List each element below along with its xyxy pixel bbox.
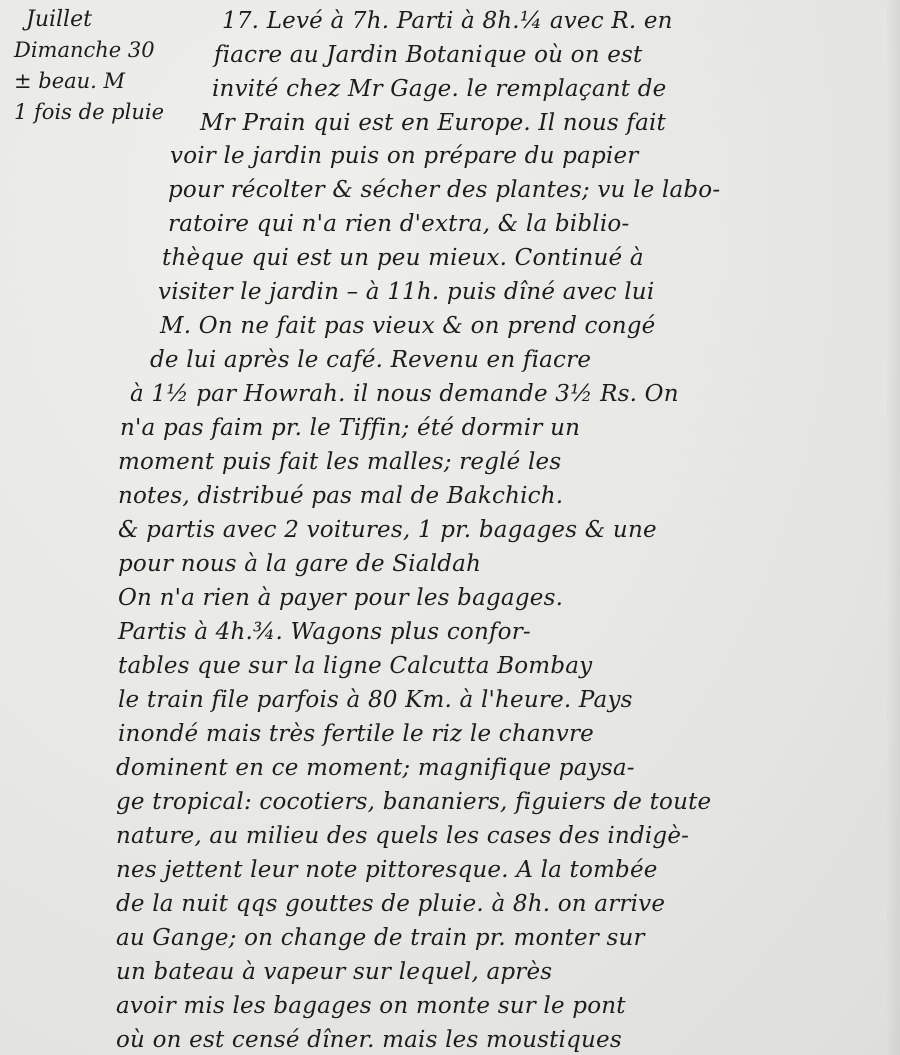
text-line: moment puis fait les malles; reglé les (118, 449, 561, 475)
text-line: & partis avec 2 voitures, 1 pr. bagages … (118, 517, 657, 543)
text-line: invité chez Mr Gage. le remplaçant de (212, 76, 667, 102)
text-line: 17. Levé à 7h. Parti à 8h.¼ avec R. en (222, 8, 673, 34)
text-line: de lui après le café. Revenu en fiacre (150, 347, 591, 373)
text-line: pour nous à la gare de Sialdah (118, 551, 481, 577)
text-line: visiter le jardin – à 11h. puis dîné ave… (158, 279, 654, 305)
text-line: de la nuit qqs gouttes de pluie. à 8h. o… (116, 891, 665, 917)
text-line: ratoire qui n'a rien d'extra, & la bibli… (168, 211, 629, 237)
text-line: thèque qui est un peu mieux. Continué à (162, 245, 644, 271)
margin-month: Juillet (14, 4, 214, 35)
text-line: fiacre au Jardin Botanique où on est (214, 42, 642, 68)
text-line: On n'a rien à payer pour les bagages. (118, 585, 563, 611)
text-line: nes jettent leur note pittoresque. A la … (116, 857, 658, 883)
text-line: notes, distribué pas mal de Bakchich. (118, 483, 563, 509)
margin-weather: ± beau. M (14, 66, 214, 97)
text-line: tables que sur la ligne Calcutta Bombay (118, 653, 592, 679)
text-line: avoir mis les bagages on monte sur le po… (116, 993, 626, 1019)
text-line: pour récolter & sécher des plantes; vu l… (168, 177, 720, 203)
text-line: le train file parfois à 80 Km. à l'heure… (118, 687, 633, 713)
margin-notes: Juillet Dimanche 30 ± beau. M 1 fois de … (14, 4, 214, 128)
text-line: un bateau à vapeur sur lequel, après (116, 959, 552, 985)
margin-rain: 1 fois de pluie (14, 97, 214, 128)
text-line: ge tropical: cocotiers, bananiers, figui… (116, 789, 711, 815)
text-line: à 1½ par Howrah. il nous demande 3½ Rs. … (130, 381, 679, 407)
margin-date: Dimanche 30 (14, 35, 214, 66)
text-line: M. On ne fait pas vieux & on prend congé (160, 313, 655, 339)
text-line: nature, au milieu des quels les cases de… (116, 823, 689, 849)
text-line: dominent en ce moment; magnifique paysa- (116, 755, 635, 781)
text-line: n'a pas faim pr. le Tiffin; été dormir u… (120, 415, 580, 441)
text-line: Mr Prain qui est en Europe. Il nous fait (200, 110, 666, 136)
text-line: Partis à 4h.¾. Wagons plus confor- (118, 619, 531, 645)
text-line: inondé mais très fertile le riz le chanv… (118, 721, 594, 747)
text-line: où on est censé dîner. mais les moustiqu… (116, 1027, 622, 1053)
page-edge-shadow (886, 0, 900, 1055)
text-line: voir le jardin puis on prépare du papier (170, 143, 638, 169)
diary-page: Juillet Dimanche 30 ± beau. M 1 fois de … (0, 0, 900, 1055)
text-line: au Gange; on change de train pr. monter … (116, 925, 645, 951)
